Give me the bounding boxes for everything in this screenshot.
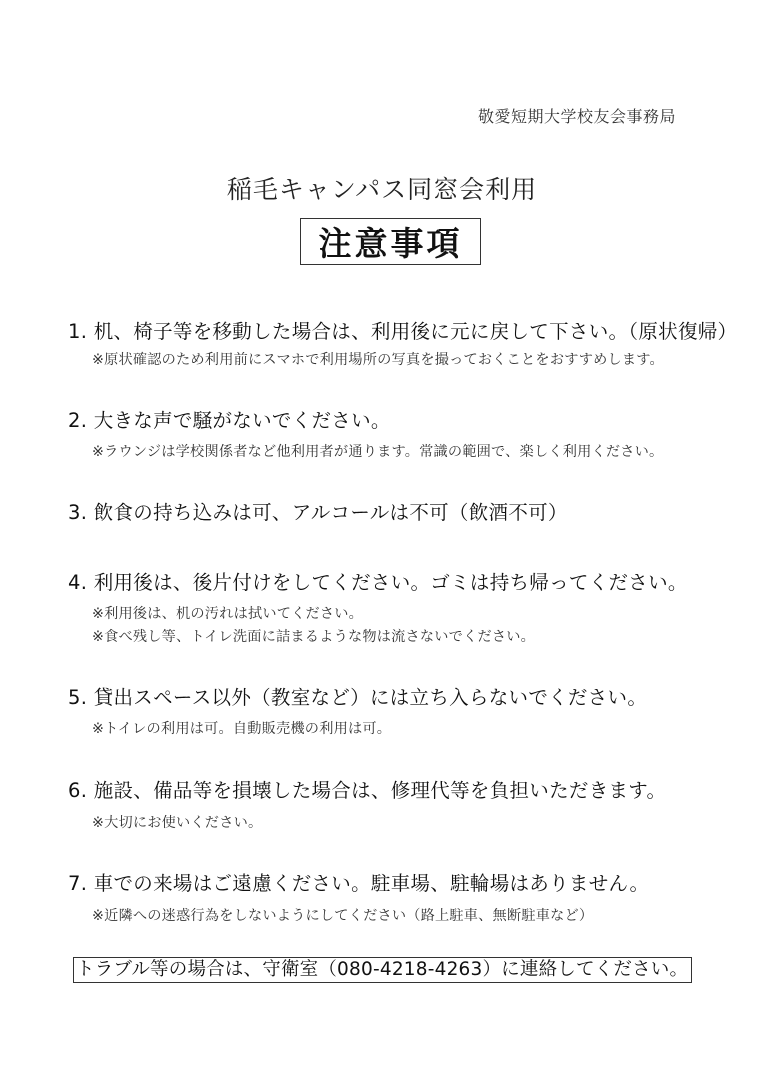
rule-note: ※トイレの利用は可。自動販売機の利用は可。 (92, 718, 391, 738)
rule-note: ※原状確認のため利用前にスマホで利用場所の写真を撮っておくことをおすすめします。 (92, 349, 664, 369)
document-title: 注意事項 (300, 218, 481, 265)
rule-item-2: 2. 大きな声で騒がないでください。 (68, 405, 391, 433)
contact-notice: トラブル等の場合は、守衛室（080-4218-4263）に連絡してください。 (73, 957, 692, 983)
rule-note: ※大切にお使いください。 (92, 812, 262, 832)
rule-note: ※近隣への迷惑行為をしないようにしてください（路上駐車、無断駐車など） (92, 905, 593, 925)
rule-note: ※ラウンジは学校関係者など他利用者が通ります。常識の範囲で、楽しく利用ください。 (92, 441, 663, 461)
rule-item-6: 6. 施設、備品等を損壊した場合は、修理代等を負担いただきます。 (68, 775, 666, 803)
rule-item-7: 7. 車での来場はご遠慮ください。駐車場、駐輪場はありません。 (68, 868, 649, 896)
rule-note: ※食べ残し等、トイレ洗面に詰まるような物は流さないでください。 (92, 626, 535, 646)
rule-item-4: 4. 利用後は、後片付けをしてください。ゴミは持ち帰ってください。 (68, 567, 688, 595)
rule-item-1: 1. 机、椅子等を移動した場合は、利用後に元に戻して下さい。（原状復帰） (68, 316, 737, 344)
rule-note: ※利用後は、机の汚れは拭いてください。 (92, 603, 363, 623)
rule-item-3: 3. 飲食の持ち込みは可、アルコールは不可（飲酒不可） (68, 497, 568, 525)
organization-name: 敬愛短期大学校友会事務局 (478, 104, 676, 127)
title-text: 注意事項 (319, 218, 463, 265)
document-subtitle: 稲毛キャンパス同窓会利用 (0, 170, 764, 206)
rule-item-5: 5. 貸出スペース以外（教室など）には立ち入らないでください。 (68, 682, 647, 710)
